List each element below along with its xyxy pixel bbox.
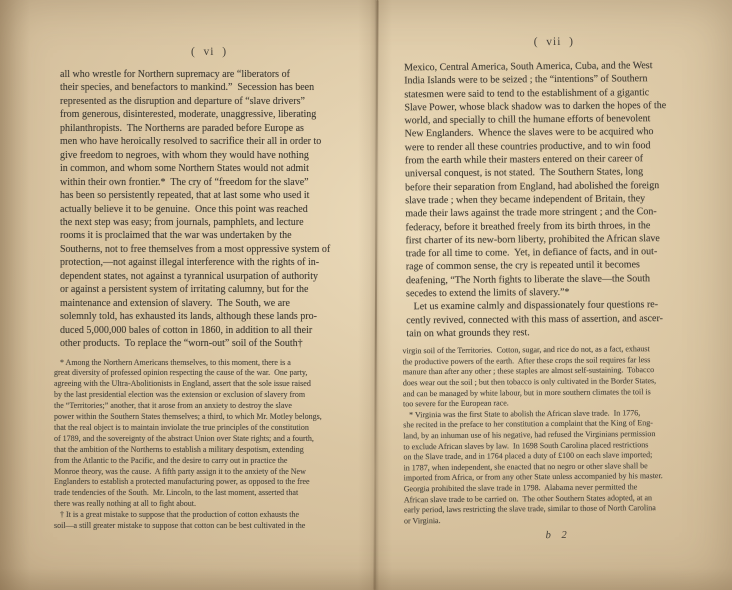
paper-edge-shading-bottom bbox=[0, 568, 732, 590]
right-page-body-text: Mexico, Central America, South America, … bbox=[404, 59, 706, 341]
right-page: ( vii ) Mexico, Central America, South A… bbox=[404, 35, 708, 543]
book-spread: ( vi ) all who wrestle for Northern supr… bbox=[0, 0, 732, 590]
left-page: ( vi ) all who wrestle for Northern supr… bbox=[60, 46, 358, 532]
book-gutter-shadow bbox=[358, 0, 392, 590]
gutter-crease-line bbox=[373, 0, 378, 590]
signature-mark: b 2 bbox=[408, 529, 708, 543]
left-page-footnotes: * Among the Northern Americans themselve… bbox=[54, 358, 362, 533]
left-page-body-text: all who wrestle for Northern supremacy a… bbox=[60, 68, 358, 351]
right-page-number: ( vii ) bbox=[404, 35, 704, 50]
paper-edge-shading-left bbox=[0, 0, 30, 590]
right-page-footnotes: virgin soil of the Territories. Cotton, … bbox=[402, 344, 712, 527]
left-page-number: ( vi ) bbox=[60, 46, 358, 58]
